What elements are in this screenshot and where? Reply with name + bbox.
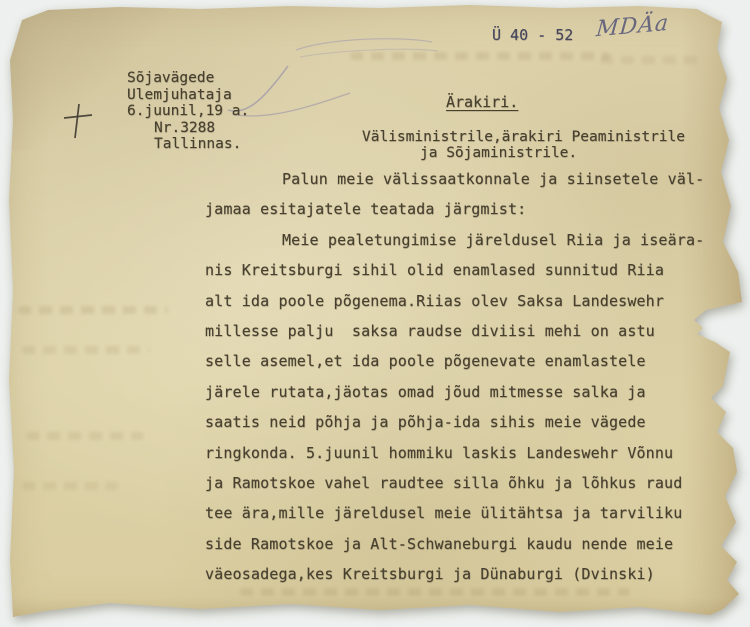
body-line: saatis neid põhja ja põhja-ida sihis mei… xyxy=(205,413,705,443)
cross-mark-icon xyxy=(60,101,96,141)
letterhead-line: Ulemjuhataja xyxy=(127,87,249,104)
letterhead-line: Tallinnas. xyxy=(127,136,249,153)
document-title: Ärakiri. xyxy=(446,93,518,111)
paper-sheet: Ü 40 - 52 MDÄa SõjavägedeUlemjuhataja6.j… xyxy=(0,0,750,627)
body-line: side Ramotskoe ja Alt-Schwaneburgi kaudu… xyxy=(205,535,705,565)
body-line: alt ida poole põgenema.Riias olev Saksa … xyxy=(205,292,705,322)
body-line: ringkonda. 5.juunil hommiku laskis Lande… xyxy=(205,444,705,474)
addressee-line-2: ja Sõjaministrile. xyxy=(420,145,577,161)
body-line: tee ära,mille järeldusel meie ülitähtsa … xyxy=(205,504,705,534)
body-line: väeosadega,kes Kreitsburgi ja Dünaburgi … xyxy=(205,565,705,595)
bleedthrough-smudge xyxy=(18,306,168,314)
letterhead-line: Sõjavägede xyxy=(127,70,249,87)
body-line: järele rutata,jäotas omad jõud mitmesse … xyxy=(205,383,705,413)
paper-shadow: Ü 40 - 52 MDÄa SõjavägedeUlemjuhataja6.j… xyxy=(0,0,750,627)
body-line: jamaa esitajatele teatada järgmist: xyxy=(205,200,705,230)
bleedthrough-smudge xyxy=(22,346,150,354)
bleedthrough-smudge xyxy=(26,432,144,440)
reference-number: Ü 40 - 52 xyxy=(492,26,573,44)
bleedthrough-smudge xyxy=(600,56,705,64)
bleedthrough-smudge xyxy=(22,482,118,490)
body-line: ja Ramotskoe vahel raudtee silla õhku ja… xyxy=(205,474,705,504)
letterhead-line: 6.juunil,19 a. xyxy=(127,103,249,120)
handwritten-initials: MDÄa xyxy=(595,11,670,43)
scanned-document: Ü 40 - 52 MDÄa SõjavägedeUlemjuhataja6.j… xyxy=(0,0,750,627)
letterhead: SõjavägedeUlemjuhataja6.juunil,19 a.Nr.3… xyxy=(127,70,249,153)
document-body: Palun meie välissaatkonnale ja siinsetel… xyxy=(205,170,705,595)
letterhead-line: Nr.3288 xyxy=(127,120,249,137)
body-line: selle asemel,et ida poole põgenevate ena… xyxy=(205,352,705,382)
body-line: millesse palju saksa raudse diviisi mehi… xyxy=(205,322,705,352)
bleedthrough-smudge xyxy=(350,52,610,60)
body-line: Palun meie välissaatkonnale ja siinsetel… xyxy=(205,170,705,200)
addressee-line-1: Välisministrile,ärakiri Peaministrile xyxy=(362,129,685,145)
body-line: Meie pealetungimise järeldusel Riia ja i… xyxy=(205,231,705,261)
bottom-edge-shading xyxy=(0,597,750,627)
body-line: nis Kreitsburgi sihil olid enamlased sun… xyxy=(205,261,705,291)
